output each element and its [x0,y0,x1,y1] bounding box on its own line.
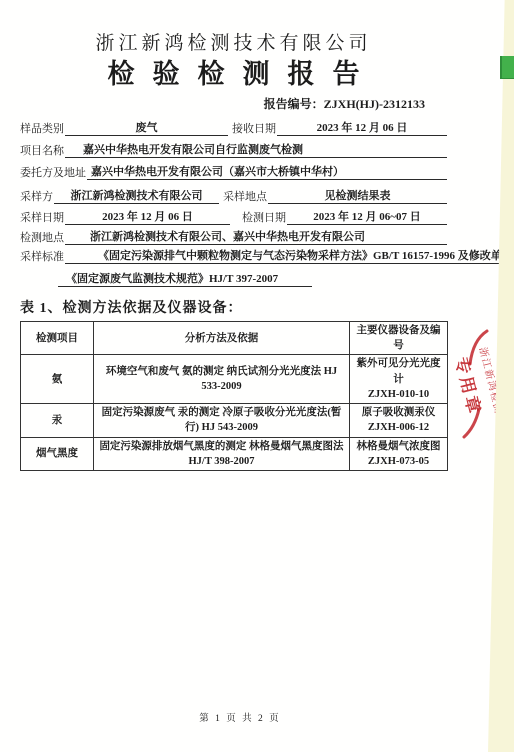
field-row-test-site: 检测地点 浙江新鸿检测技术有限公司、嘉兴中华热电开发有限公司 [20,230,447,245]
receive-date-label: 接收日期 [232,123,277,136]
item-cell: 氨 [21,355,94,404]
col-header-item: 检测项目 [21,322,94,355]
project-label: 项目名称 [20,145,65,158]
table-row: 汞 固定污染源废气 汞的测定 冷原子吸收分光光度法(暂行) HJ 543-200… [21,404,448,437]
sampler-label: 采样方 [20,191,54,204]
method-cell: 固定污染源废气 汞的测定 冷原子吸收分光光度法(暂行) HJ 543-2009 [94,404,350,437]
receive-date-value: 2023 年 12 月 06 日 [277,122,447,136]
field-row-standard-1: 采样标准 《固定污染源排气中颗粒物测定与气态污染物采样方法》GB/T 16157… [20,249,447,264]
table1-title: 表 1、检测方法依据及仪器设备： [20,297,243,317]
sample-date-value: 2023 年 12 月 06 日 [65,211,230,225]
report-title: 检验检测报告 [0,52,467,91]
sample-type-value: 废气 [65,122,228,136]
instrument-cell: 原子吸收测汞仪 ZJXH-006-12 [350,404,448,437]
sampler-value: 浙江新鸿检测技术有限公司 [54,190,219,204]
field-row-client: 委托方及地址 嘉兴中华热电开发有限公司（嘉兴市大桥镇中华村） [20,165,447,180]
standard-value-line2: 《固定源废气监测技术规范》HJ/T 397-2007 [58,273,312,287]
company-name: 浙江新鸿检测技术有限公司 [0,28,467,55]
standard-label: 采样标准 [20,251,65,264]
table-header-row: 检测项目 分析方法及依据 主要仪器设备及编号 [21,322,448,355]
field-row-sampler: 采样方 浙江新鸿检测技术有限公司 采样地点 见检测结果表 [20,189,447,204]
field-row-standard-2: 《固定源废气监测技术规范》HJ/T 397-2007 [20,272,447,287]
table-row: 烟气黑度 固定污染源排放烟气黑度的测定 林格曼烟气黑度图法 HJ/T 398-2… [21,437,448,470]
report-number-label: 报告编号： [264,97,324,111]
field-row-sample-type: 样品类别 废气 接收日期 2023 年 12 月 06 日 [20,121,447,136]
item-cell: 汞 [21,404,94,437]
instrument-code: ZJXH-006-12 [353,420,444,435]
instrument-name: 林格曼烟气浓度图 [353,439,444,454]
item-cell: 烟气黑度 [21,437,94,470]
instrument-cell: 紫外可见分光光度计 ZJXH-010-10 [350,355,448,404]
instrument-name: 紫外可见分光光度计 [353,356,444,386]
sample-date-label: 采样日期 [20,212,65,225]
col-header-method: 分析方法及依据 [94,322,350,355]
project-value: 嘉兴中华热电开发有限公司自行监测废气检测 [65,144,447,158]
sample-site-label: 采样地点 [223,191,268,204]
test-date-value: 2023 年 12 月 06~07 日 [287,211,447,225]
col-header-instrument: 主要仪器设备及编号 [350,322,448,355]
green-tab-mark [500,56,514,79]
sample-type-label: 样品类别 [20,123,65,136]
field-row-project: 项目名称 嘉兴中华热电开发有限公司自行监测废气检测 [20,143,447,158]
instrument-cell: 林格曼烟气浓度图 ZJXH-073-05 [350,437,448,470]
methods-table: 检测项目 分析方法及依据 主要仪器设备及编号 氨 环境空气和废气 氨的测定 纳氏… [20,321,448,471]
field-row-sample-date: 采样日期 2023 年 12 月 06 日 检测日期 2023 年 12 月 0… [20,210,447,225]
client-value: 嘉兴中华热电开发有限公司（嘉兴市大桥镇中华村） [87,166,447,180]
client-label: 委托方及地址 [20,167,87,180]
page-footer: 第 1 页 共 2 页 [0,710,480,724]
sample-site-value: 见检测结果表 [268,190,447,204]
test-site-value: 浙江新鸿检测技术有限公司、嘉兴中华热电开发有限公司 [65,231,447,245]
table-row: 氨 环境空气和废气 氨的测定 纳氏试剂分光光度法 HJ 533-2009 紫外可… [21,355,448,404]
report-number-value: ZJXH(HJ)-2312133 [324,97,425,111]
test-date-label: 检测日期 [242,212,287,225]
method-cell: 环境空气和废气 氨的测定 纳氏试剂分光光度法 HJ 533-2009 [94,355,350,404]
report-page: 浙江新鸿检测技术有限公司 检验检测报告 报告编号：ZJXH(HJ)-231213… [0,0,514,752]
instrument-code: ZJXH-010-10 [353,387,444,402]
test-site-label: 检测地点 [20,232,65,245]
instrument-code: ZJXH-073-05 [353,454,444,469]
standard-value-line1: 《固定污染源排气中颗粒物测定与气态污染物采样方法》GB/T 16157-1996… [65,250,502,264]
method-cell: 固定污染源排放烟气黑度的测定 林格曼烟气黑度图法 HJ/T 398-2007 [94,437,350,470]
instrument-name: 原子吸收测汞仪 [353,405,444,420]
report-number: 报告编号：ZJXH(HJ)-2312133 [264,95,425,112]
